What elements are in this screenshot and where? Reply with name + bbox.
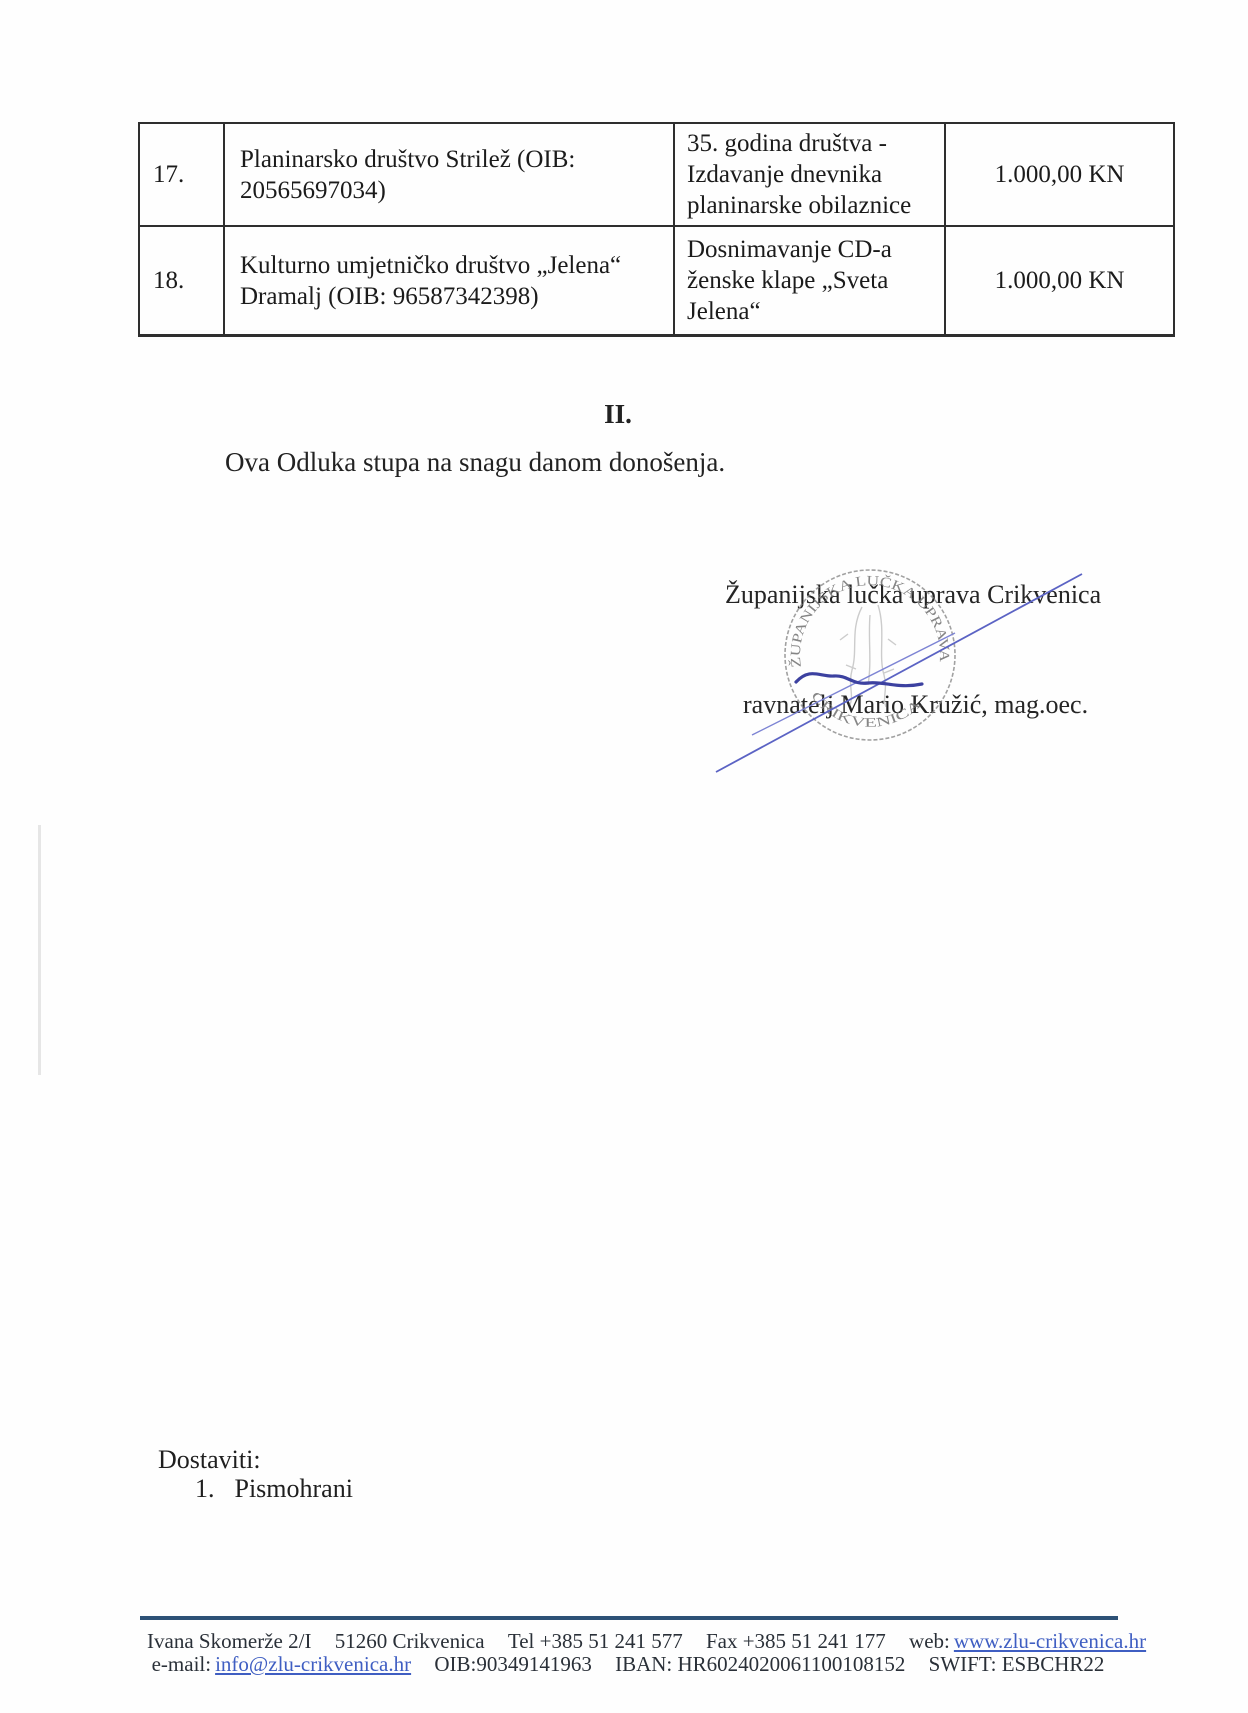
beneficiary-cell: Planinarsko društvo Strilež (OIB: 205656…: [224, 123, 674, 226]
beneficiary-cell: Kulturno umjetničko društvo „Jelena“ Dra…: [224, 226, 674, 336]
row-number-cell: 17.: [139, 123, 224, 226]
footer-registry-line: e-mail:info@zlu-crikvenica.hr OIB:903491…: [138, 1652, 1118, 1677]
footer-swift: SWIFT: ESBCHR22: [929, 1652, 1105, 1676]
footer-address: Ivana Skomerže 2/I: [147, 1629, 311, 1653]
footer-fax: Fax +385 51 241 177: [706, 1629, 886, 1653]
footer-web-link[interactable]: www.zlu-crikvenica.hr: [954, 1629, 1146, 1653]
footer-web: web:www.zlu-crikvenica.hr: [909, 1629, 1146, 1653]
purpose-cell: Dosnimavanje CD-a ženske klape „Sveta Je…: [674, 226, 945, 336]
footer-iban: IBAN: HR6024020061100108152: [615, 1652, 905, 1676]
footer-city: 51260 Crikvenica: [335, 1629, 485, 1653]
distribution-item-label: Pismohrani: [235, 1474, 353, 1503]
distribution-item: 1.Pismohrani: [195, 1474, 353, 1504]
signer-name: ravnatelj Mario Kružić, mag.oec.: [743, 690, 1088, 720]
footer-rule: [140, 1616, 1118, 1620]
footer-web-label: web:: [909, 1629, 950, 1653]
footer-email-link[interactable]: info@zlu-crikvenica.hr: [215, 1652, 411, 1676]
table-row: 17. Planinarsko društvo Strilež (OIB: 20…: [139, 123, 1174, 226]
footer-oib: OIB:90349141963: [434, 1652, 592, 1676]
row-number-cell: 18.: [139, 226, 224, 336]
organization-name: Županijska lučka uprava Crikvenica: [725, 580, 1101, 610]
scanned-document-page: { "table": { "rows": [ { "num": "17.", "…: [0, 0, 1248, 1713]
distribution-label: Dostaviti:: [158, 1445, 261, 1475]
amount-cell: 1.000,00 KN: [945, 123, 1174, 226]
footer-email-label: e-mail:: [152, 1652, 211, 1676]
footer-email: e-mail:info@zlu-crikvenica.hr: [152, 1652, 412, 1676]
body-text: Ova Odluka stupa na snagu danom donošenj…: [225, 447, 725, 478]
section-heading: II.: [138, 399, 1098, 430]
table-row: 18. Kulturno umjetničko društvo „Jelena“…: [139, 226, 1174, 336]
footer-contact-line: Ivana Skomerže 2/I 51260 Crikvenica Tel …: [138, 1629, 1118, 1654]
grants-table: 17. Planinarsko društvo Strilež (OIB: 20…: [138, 122, 1175, 337]
footer-tel: Tel +385 51 241 577: [508, 1629, 683, 1653]
distribution-item-number: 1.: [195, 1474, 215, 1503]
scan-artifact: [38, 825, 41, 1075]
amount-cell: 1.000,00 KN: [945, 226, 1174, 336]
purpose-cell: 35. godina društva - Izdavanje dnevnika …: [674, 123, 945, 226]
